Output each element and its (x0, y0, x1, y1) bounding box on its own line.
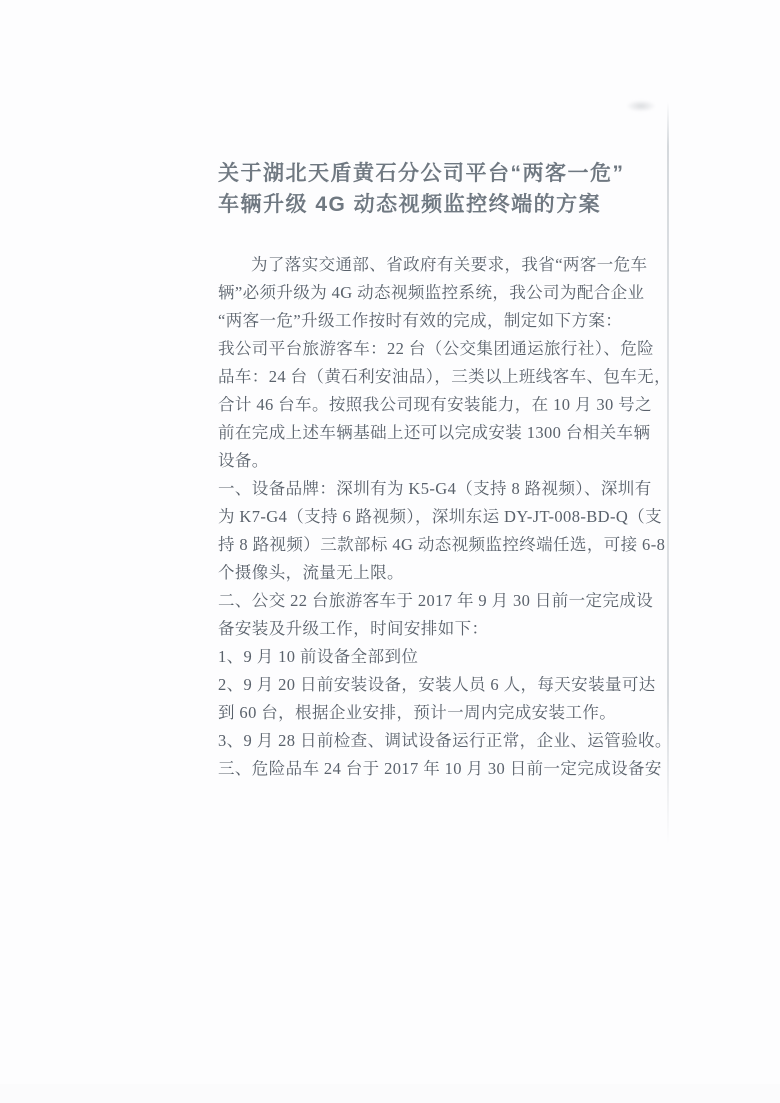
body-line: 个摄像头，流量无上限。 (218, 559, 622, 587)
body-line: 为 K7-G4（支持 6 路视频），深圳东运 DY-JT-008-BD-Q（支 (218, 503, 622, 531)
body-line: 到 60 台，根据企业安排，预计一周内完成安装工作。 (218, 699, 622, 727)
body-line: 2、9 月 20 日前安装设备，安装人员 6 人，每天安装量可达 (218, 671, 622, 699)
body-line: 为了落实交通部、省政府有关要求，我省“两客一危车 (218, 251, 622, 279)
title-line-2: 车辆升级 4G 动态视频监控终端的方案 (218, 189, 622, 220)
body-line: 一、设备品牌：深圳有为 K5-G4（支持 8 路视频）、深圳有 (218, 475, 622, 503)
scan-edge-strip (0, 1084, 780, 1103)
body-line: 设备。 (218, 447, 622, 475)
body-line: 我公司平台旅游客车：22 台（公交集团通运旅行社）、危险 (218, 335, 622, 363)
body-line: “两客一危”升级工作按时有效的完成，制定如下方案： (218, 307, 622, 335)
body-line: 合计 46 台车。按照我公司现有安装能力，在 10 月 30 号之 (218, 391, 622, 419)
title-line-1: 关于湖北天盾黄石分公司平台“两客一危” (218, 158, 622, 189)
body-line: 1、9 月 10 前设备全部到位 (218, 643, 622, 671)
scanned-document-page: 关于湖北天盾黄石分公司平台“两客一危” 车辆升级 4G 动态视频监控终端的方案 … (0, 0, 780, 1084)
scanned-document-viewer: { "document": { "title_lines": [ "关于湖北天盾… (0, 0, 780, 1103)
body-line: 持 8 路视频）三款部标 4G 动态视频监控终端任选，可接 6-8 (218, 531, 622, 559)
document-body: 为了落实交通部、省政府有关要求，我省“两客一危车 辆”必须升级为 4G 动态视频… (218, 251, 622, 783)
body-line: 三、危险品车 24 台于 2017 年 10 月 30 日前一定完成设备安 (218, 755, 622, 783)
pen-smudge-mark (626, 100, 656, 112)
document-content: 关于湖北天盾黄石分公司平台“两客一危” 车辆升级 4G 动态视频监控终端的方案 … (218, 158, 622, 783)
body-line: 二、公交 22 台旅游客车于 2017 年 9 月 30 日前一定完成设 (218, 587, 622, 615)
document-title: 关于湖北天盾黄石分公司平台“两客一危” 车辆升级 4G 动态视频监控终端的方案 (218, 158, 622, 220)
body-line: 3、9 月 28 日前检查、调试设备运行正常，企业、运管验收。 (218, 727, 622, 755)
body-line: 备安装及升级工作，时间安排如下： (218, 615, 622, 643)
body-line: 品车：24 台（黄石利安油品），三类以上班线客车、包车无， (218, 363, 622, 391)
body-line: 前在完成上述车辆基础上还可以完成安装 1300 台相关车辆 (218, 419, 622, 447)
body-line: 辆”必须升级为 4G 动态视频监控系统，我公司为配合企业 (218, 279, 622, 307)
